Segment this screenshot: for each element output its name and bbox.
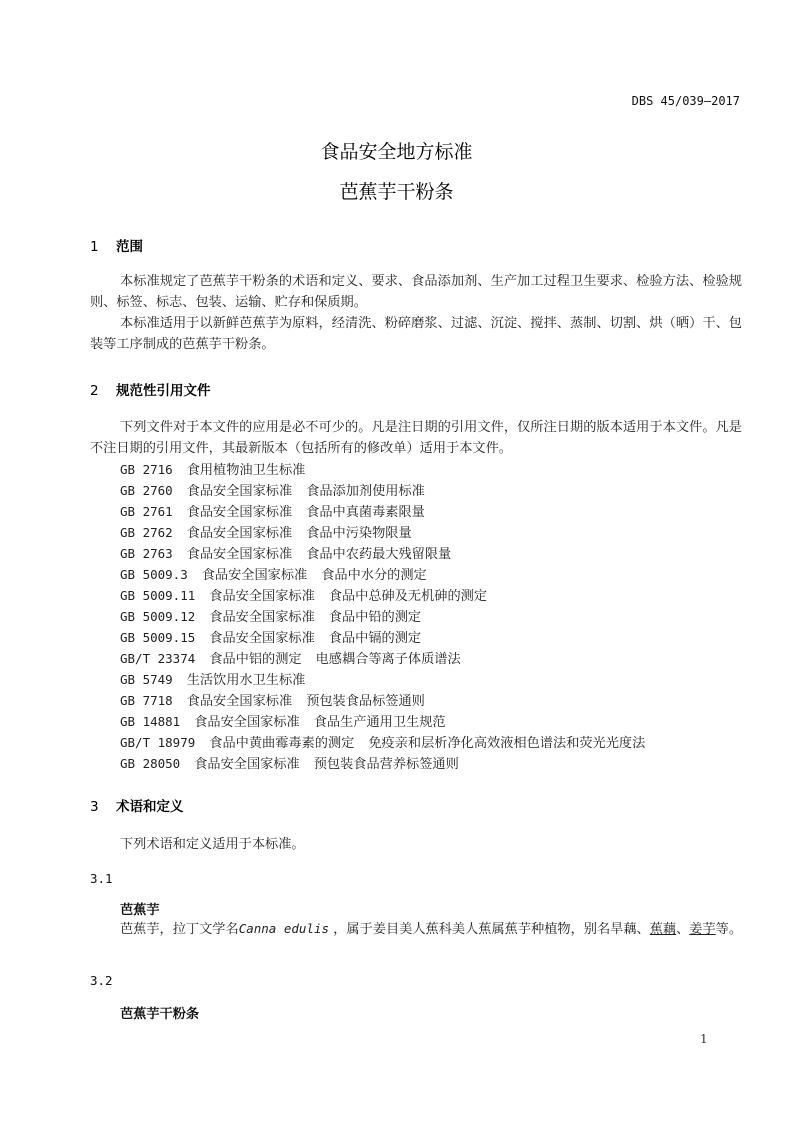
references-intro: 下列文件对于本文件的应用是必不可少的。凡是注日期的引用文件，仅所注日期的版本适用… — [90, 417, 742, 459]
subclause-3-1-number: 3.1 — [90, 871, 113, 886]
section-2-heading: 2规范性引用文件 — [90, 379, 211, 399]
page-number: 1 — [700, 1032, 708, 1046]
section-title: 范围 — [116, 239, 143, 255]
term-heading: 芭蕉芋干粉条 — [120, 1003, 199, 1022]
reference-item: GB 5009.11食品安全国家标准食品中总砷及无机砷的测定 — [120, 585, 487, 607]
reference-item: GB 5009.12食品安全国家标准食品中铅的测定 — [120, 606, 421, 628]
reference-item: GB 5009.15食品安全国家标准食品中镉的测定 — [120, 627, 421, 649]
term-definition: 芭蕉芋，拉丁文学名Canna edulis ，属于姜目美人蕉科美人蕉属蕉芋种植物… — [90, 918, 742, 940]
document-code: DBS 45/039—2017 — [632, 94, 740, 108]
reference-item: GB 28050食品安全国家标准预包装食品营养标签通则 — [120, 753, 459, 775]
reference-item: GB 5009.3食品安全国家标准食品中水分的测定 — [120, 564, 427, 586]
latin-name: Canna edulis — [239, 921, 329, 936]
underlined-alias: 蕉藕 — [650, 922, 676, 937]
reference-item: GB/T 23374食品中铝的测定电感耦合等离子体质谱法 — [120, 648, 461, 670]
scope-paragraph-2: 本标准适用于以新鲜芭蕉芋为原料，经清洗、粉碎磨浆、过滤、沉淀、搅拌、蒸制、切割、… — [90, 313, 742, 355]
section-title: 术语和定义 — [116, 799, 184, 815]
reference-item: GB/T 18979食品中黄曲霉毒素的测定免疫亲和层析净化高效液相色谱法和荧光光… — [120, 732, 645, 754]
standard-product-title: 芭蕉芋干粉条 — [0, 177, 793, 204]
terms-intro: 下列术语和定义适用于本标准。 — [90, 834, 742, 855]
reference-item: GB 2716食用植物油卫生标准 — [120, 459, 305, 481]
reference-item: GB 2760食品安全国家标准食品添加剂使用标准 — [120, 480, 425, 502]
reference-item: GB 5749生活饮用水卫生标准 — [120, 669, 305, 691]
reference-item: GB 2762食品安全国家标准食品中污染物限量 — [120, 522, 412, 544]
reference-item: GB 14881食品安全国家标准食品生产通用卫生规范 — [120, 711, 446, 733]
term-heading: 芭蕉芋 — [120, 899, 160, 918]
section-number: 2 — [90, 383, 116, 399]
reference-item: GB 2761食品安全国家标准食品中真菌毒素限量 — [120, 501, 425, 523]
reference-item: GB 2763食品安全国家标准食品中农药最大残留限量 — [120, 543, 451, 565]
standard-category-title: 食品安全地方标准 — [0, 137, 793, 164]
underlined-alias: 姜芋 — [689, 922, 715, 937]
section-1-heading: 1范围 — [90, 235, 143, 255]
section-title: 规范性引用文件 — [116, 383, 211, 399]
subclause-3-2-number: 3.2 — [90, 973, 113, 988]
reference-item: GB 7718食品安全国家标准预包装食品标签通则 — [120, 690, 425, 712]
section-3-heading: 3术语和定义 — [90, 795, 184, 815]
section-number: 1 — [90, 239, 116, 255]
section-number: 3 — [90, 799, 116, 815]
scope-paragraph-1: 本标准规定了芭蕉芋干粉条的术语和定义、要求、食品添加剂、生产加工过程卫生要求、检… — [90, 271, 742, 313]
